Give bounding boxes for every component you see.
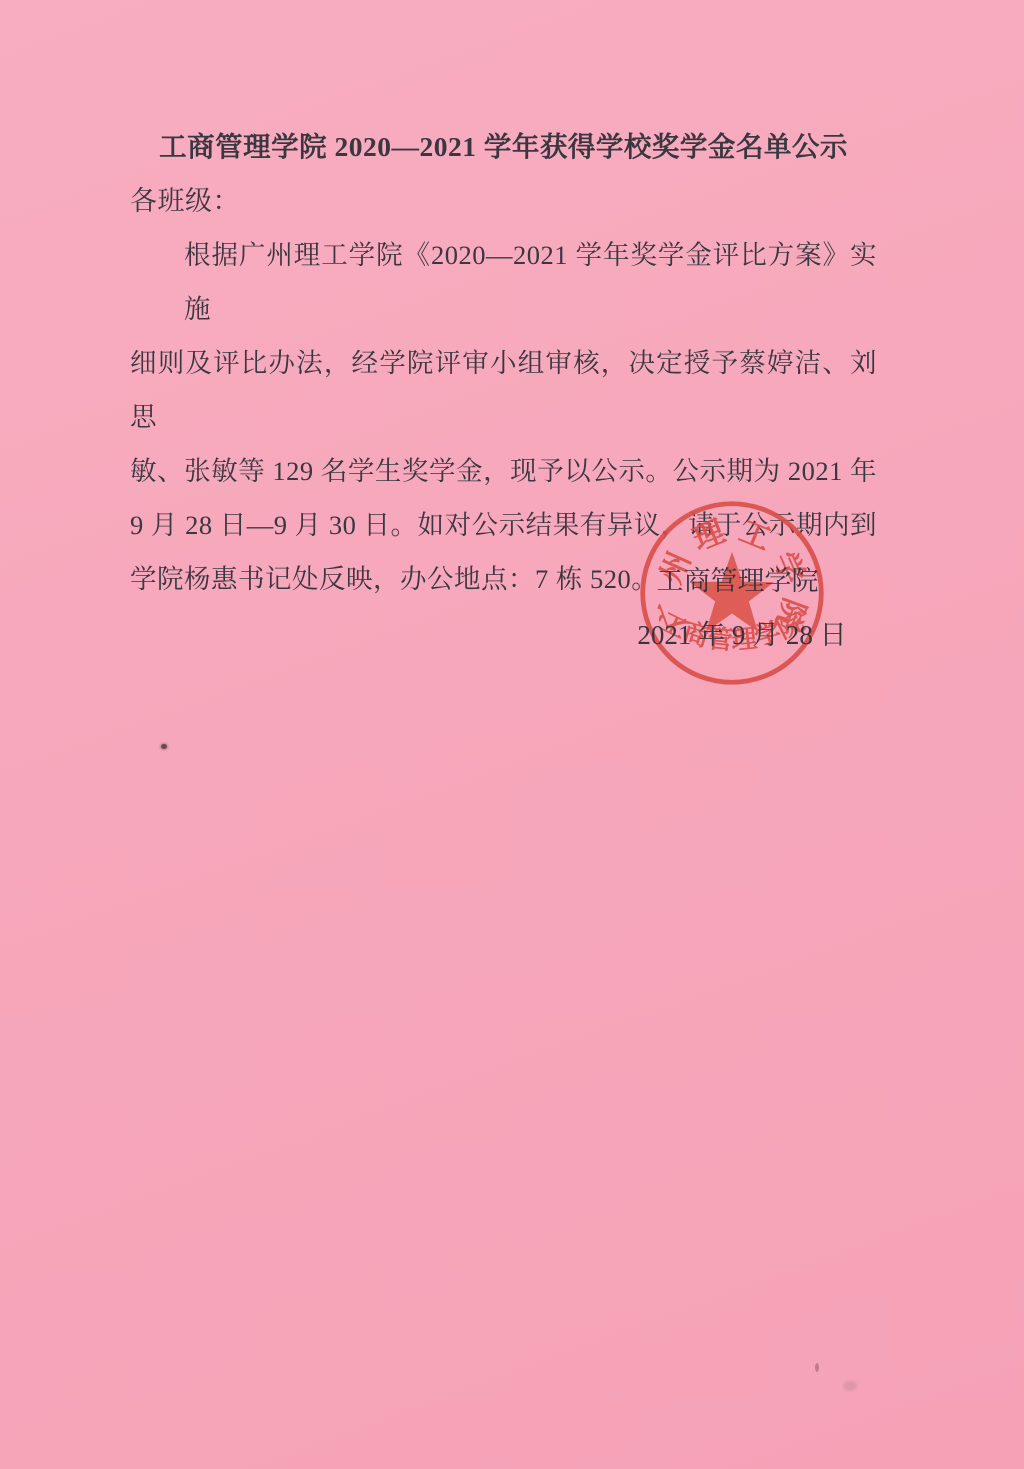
signature-org: 工商管理学院: [600, 554, 875, 608]
scan-speck: [815, 1363, 819, 1372]
signature-date: 2021 年 9 月 28 日: [578, 608, 906, 662]
seal-outer-char: 理: [688, 514, 729, 557]
seal-outer-char: 工: [735, 514, 776, 557]
scan-speck: [161, 744, 167, 749]
salutation: 各班级：: [130, 174, 877, 228]
body-line-1: 根据广州理工学院《2020—2021 学年奖学金评比方案》实施: [130, 228, 877, 336]
scanned-document-page: 工商管理学院 2020—2021 学年获得学校奖学金名单公示 各班级： 根据广州…: [0, 0, 1024, 1469]
scan-smudge: [843, 1381, 857, 1391]
body-line-3: 敏、张敏等 129 名学生奖学金，现予以公示。公示期为 2021 年: [130, 444, 877, 498]
body-line-2: 细则及评比办法，经学院评审小组审核，决定授予蔡婷洁、刘思: [130, 336, 877, 444]
document-title: 工商管理学院 2020—2021 学年获得学校奖学金名单公示: [130, 120, 877, 174]
